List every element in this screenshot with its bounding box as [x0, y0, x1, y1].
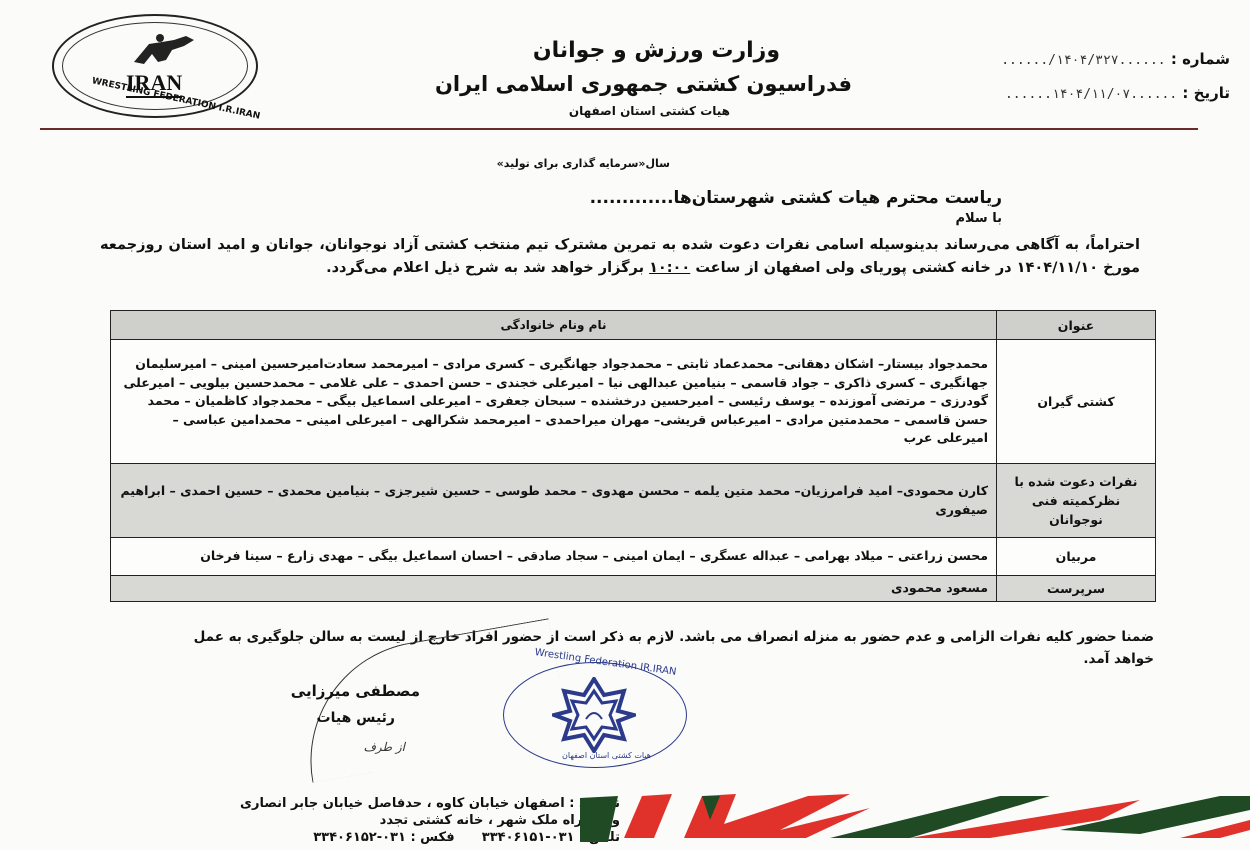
row-names: محسن زراعتی – میلاد بهرامی – عبداله عسگر…	[111, 538, 997, 576]
table-header-row: عنوان نام ونام خانوادگی	[111, 311, 1156, 340]
table-row: کشتی گیران محمدجواد بیستار– اشکان دهقانی…	[111, 340, 1156, 464]
row-title: نفرات دعوت شده با نظرکمیته فنی نوجوانان	[997, 464, 1156, 538]
board-title: هیات کشتی استان اصفهان	[569, 104, 730, 118]
row-title: کشتی گیران	[997, 340, 1156, 464]
body-text-2: برگزار خواهد شد به شرح ذیل اعلام می‌گردد…	[326, 260, 649, 276]
row-names: محمدجواد بیستار– اشکان دهقانی– محمدعماد …	[111, 340, 997, 464]
greeting: با سلام	[956, 211, 1002, 226]
number-label: شماره :	[1171, 50, 1230, 68]
signer-name: مصطفی میرزایی	[291, 682, 420, 700]
header-names: نام ونام خانوادگی	[111, 311, 997, 340]
header-title: عنوان	[997, 311, 1156, 340]
signature-scribble: از طرف	[363, 740, 405, 754]
date-label: تاریخ :	[1182, 84, 1230, 102]
wrestlers-icon	[114, 32, 204, 72]
seal-star-icon	[552, 677, 636, 753]
federation-logo: IRAN WRESTLING FEDERATION I.R.IRAN	[52, 14, 258, 118]
letter-body: احتراماً، به آگاهی می‌رساند بدینوسیله اس…	[100, 234, 1140, 280]
header-divider	[40, 128, 1198, 130]
number-value: ......۱۴۰۴/۳۲۷/......	[1001, 53, 1165, 68]
table-row: نفرات دعوت شده با نظرکمیته فنی نوجوانان …	[111, 464, 1156, 538]
letter-number: شماره : ......۱۴۰۴/۳۲۷/......	[1001, 50, 1230, 68]
addressee: ریاست محترم هیات کشتی شهرستان‌ها........…	[590, 188, 1002, 208]
ministry-title: وزارت ورزش و جوانان	[533, 38, 780, 63]
session-time: ۱۰:۰۰	[649, 260, 690, 276]
phone-number: ۰۳۱-۳۳۴۰۶۱۵۱	[482, 830, 575, 845]
row-names: مسعود محمودی	[111, 576, 997, 602]
table-row: سرپرست مسعود محمودی	[111, 576, 1156, 602]
fax-number: ۰۳۱-۳۳۴۰۶۱۵۲	[313, 830, 406, 845]
letter-date: تاریخ : ......۱۴۰۴/۱۱/۰۷......	[1005, 84, 1230, 102]
row-names: کارن محمودی– امید فرامرزیان– محمد متین ی…	[111, 464, 997, 538]
seal-bottom-text: هیات کشتی استان اصفهان	[562, 751, 651, 760]
signer-title: رئیس هیات	[317, 710, 395, 726]
table-row: مربیان محسن زراعتی – میلاد بهرامی – عبدا…	[111, 538, 1156, 576]
row-title: مربیان	[997, 538, 1156, 576]
footer-decorative-stripes	[580, 790, 1250, 842]
row-title: سرپرست	[997, 576, 1156, 602]
footer-contact: تلفن : ۰۳۱-۳۳۴۰۶۱۵۱ فکس : ۰۳۱-۳۳۴۰۶۱۵۲	[313, 830, 620, 845]
invitees-table: عنوان نام ونام خانوادگی کشتی گیران محمدج…	[110, 310, 1156, 602]
year-slogan: سال«سرمایه گذاری برای تولید»	[497, 157, 670, 170]
footer-address-line1: نشانی : اصفهان خیابان کاوه ، حدفاصل خیاب…	[240, 796, 620, 811]
fax-label: فکس :	[410, 830, 454, 845]
federation-title: فدراسیون کشتی جمهوری اسلامی ایران	[435, 72, 852, 96]
official-seal: Wrestling Federation IR.IRAN هیات کشتی ا…	[503, 662, 687, 768]
date-value: ......۱۴۰۴/۱۱/۰۷......	[1005, 87, 1177, 102]
